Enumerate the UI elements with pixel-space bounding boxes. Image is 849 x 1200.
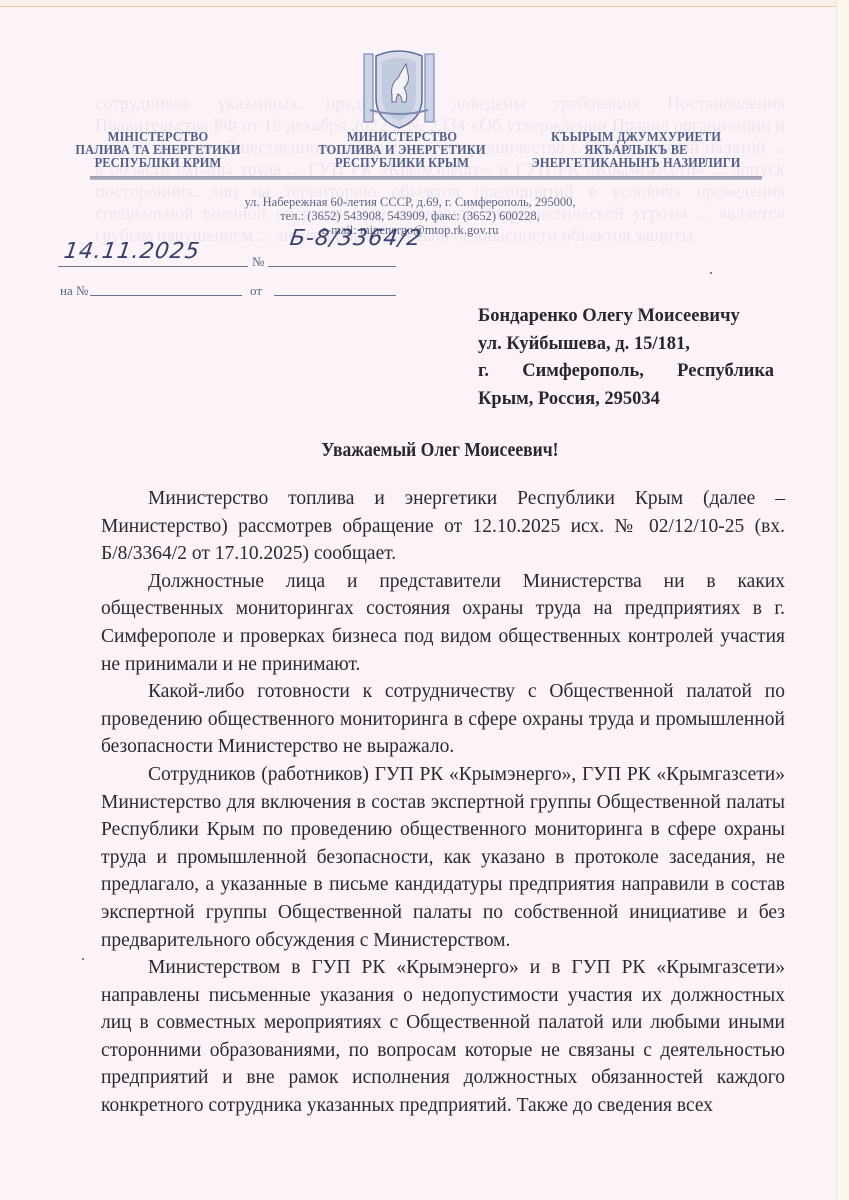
from-underline — [274, 295, 396, 296]
letterhead-crimean-tatar: КЪЫРЫМ ДЖУМХУРИЕТИ ЯКЪАРЛЫКЪ ВЕ ЭНЕРГЕТИ… — [515, 130, 756, 169]
letter-body: Министерство топлива и энергетики Респуб… — [101, 485, 785, 1120]
letterhead-ukrainian: МІНІСТЕРСТВО ПАЛИВА ТА ЕНЕРГЕТИКИ РЕСПУБ… — [57, 130, 259, 169]
from-label: от — [250, 283, 262, 299]
scan-speck — [710, 272, 712, 274]
page-right-edge — [836, 0, 849, 1200]
crimea-coat-of-arms-icon — [362, 48, 436, 130]
greeting: Уважаемый Олег Моисеевич! — [125, 440, 755, 462]
page-top-edge — [0, 0, 849, 7]
reply-to-underline — [90, 295, 242, 296]
letterhead-russian: МИНИСТЕРСТВО ТОПЛИВА И ЭНЕРГЕТИКИ РЕСПУБ… — [282, 130, 521, 169]
recipient-city: г. Симферополь, Республика — [478, 358, 774, 386]
reply-to-label: на № — [60, 283, 88, 299]
body-paragraph: Министерством в ГУП РК «Крымэнерго» и в … — [101, 954, 785, 1120]
body-paragraph: Должностные лица и представители Министе… — [101, 568, 785, 678]
body-paragraph: Министерство топлива и энергетики Респуб… — [101, 485, 785, 568]
body-paragraph: Сотрудников (работников) ГУП РК «Крымэне… — [101, 761, 785, 954]
body-paragraph: Какой-либо готовности к сотрудничеству с… — [101, 678, 785, 761]
outgoing-number-handwritten: Б-8/3364/2 — [288, 226, 423, 251]
recipient-block: Бондаренко Олегу Моисеевичу ул. Куйбышев… — [478, 303, 774, 413]
recipient-region: Крым, Россия, 295034 — [478, 386, 774, 414]
recipient-name: Бондаренко Олегу Моисеевичу — [478, 303, 774, 331]
recipient-street: ул. Куйбышева, д. 15/181, — [478, 331, 774, 359]
scan-speck — [82, 958, 84, 960]
date-underline — [58, 266, 248, 267]
outgoing-date-handwritten: 14.11.2025 — [62, 239, 201, 264]
letterhead-divider — [90, 176, 762, 180]
number-underline — [268, 266, 396, 267]
number-label: № — [252, 254, 264, 270]
